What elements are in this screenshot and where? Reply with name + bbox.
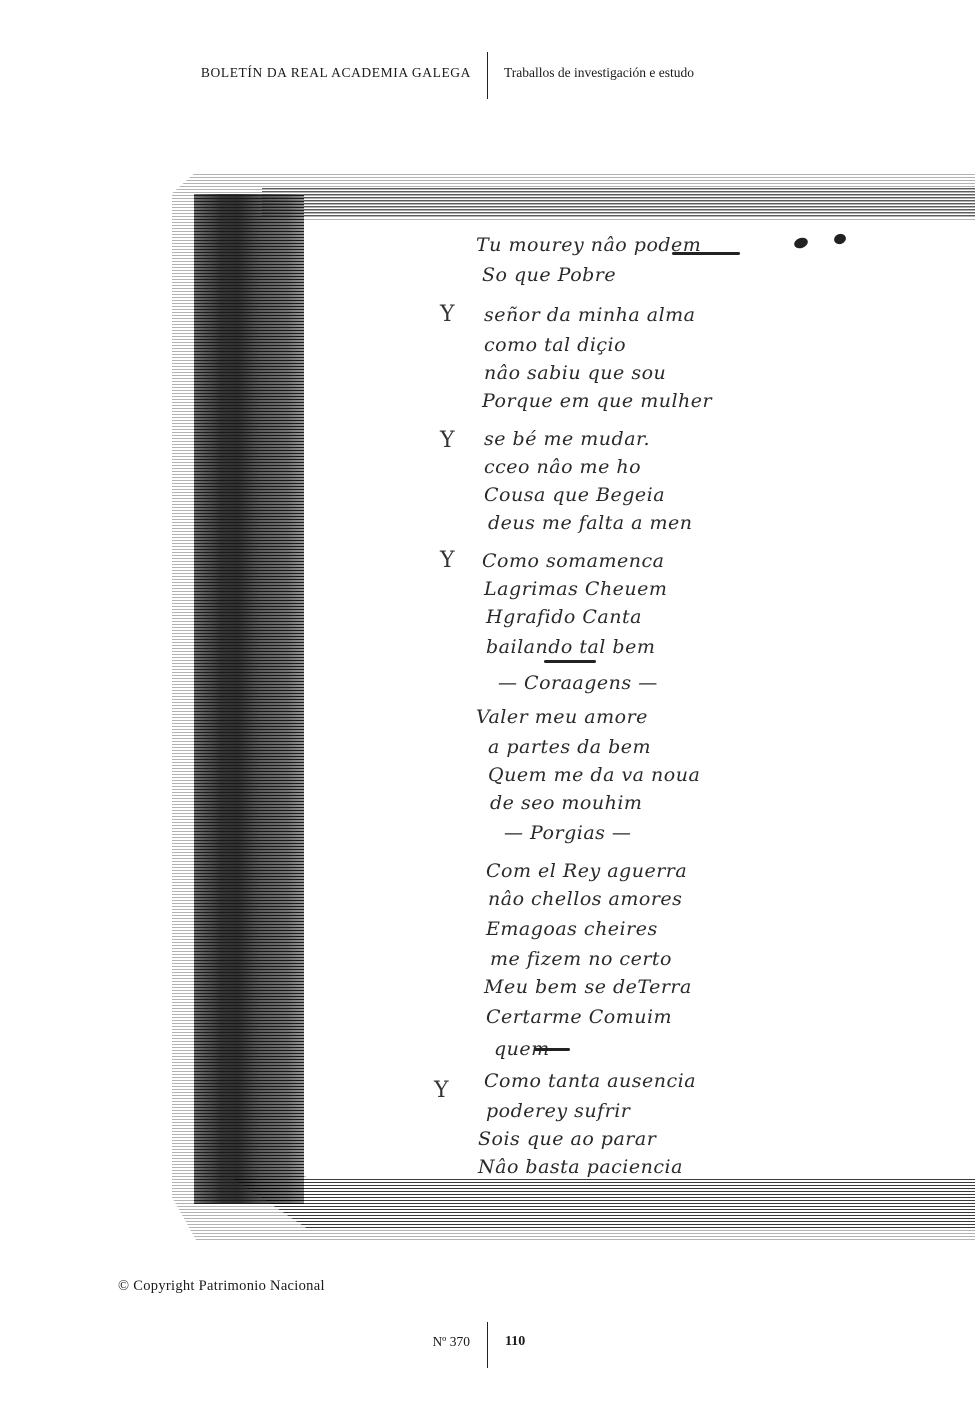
manuscript-line: de seo mouhim [490, 792, 642, 814]
issue-number: Nº 370 [432, 1334, 470, 1350]
ink-blot [833, 232, 848, 246]
footer-divider [487, 1322, 488, 1368]
manuscript-line: Com el Rey aguerra [486, 860, 687, 882]
manuscript-line: deus me falta a men [488, 512, 693, 534]
manuscript-line: a partes da bem [488, 736, 651, 758]
manuscript-line: bailando tal bem [486, 636, 655, 658]
manuscript-line: señor da minha alma [484, 304, 696, 326]
manuscript-line: Nâo basta paciencia [478, 1156, 683, 1178]
manuscript-facsimile: Tu mourey nâo podem So que Pobre Y señor… [172, 172, 975, 1240]
manuscript-line: Como tanta ausencia [484, 1070, 696, 1092]
manuscript-line: como tal diçio [484, 334, 626, 356]
manuscript-line: se bé me mudar. [484, 428, 650, 450]
manuscript-line: Certarme Comuim [486, 1006, 672, 1028]
manuscript-line: nâo chellos amores [488, 888, 682, 910]
manuscript-line: So que Pobre [482, 264, 616, 286]
manuscript-line: Cousa que Begeia [484, 484, 665, 506]
verse-mark: Y [434, 1078, 449, 1103]
flourish [544, 660, 596, 663]
flourish [534, 1048, 570, 1051]
manuscript-line: Hgrafido Canta [486, 606, 642, 628]
page-number: 110 [505, 1334, 525, 1350]
ink-blot [793, 236, 810, 250]
verse-mark: Y [440, 548, 455, 573]
manuscript-line: Valer meu amore [476, 706, 648, 728]
section-title: Traballos de investigación e estudo [504, 65, 694, 81]
manuscript-line: Sois que ao parar [478, 1128, 656, 1150]
manuscript-line: cceo nâo me ho [484, 456, 641, 478]
manuscript-line: — Porgias — [504, 822, 631, 844]
verse-mark: Y [440, 428, 455, 453]
manuscript-line: nâo sabiu que sou [484, 362, 666, 384]
manuscript-line: Tu mourey nâo podem [476, 234, 701, 256]
manuscript-line: me fizem no certo [490, 948, 672, 970]
page-footer: Nº 370 110 [0, 1322, 975, 1370]
verse-mark: Y [440, 302, 455, 327]
manuscript-line: Lagrimas Cheuem [484, 578, 667, 600]
manuscript-line: Meu bem se deTerra [484, 976, 692, 998]
header-divider [487, 52, 488, 99]
manuscript-line: Emagoas cheires [486, 918, 658, 940]
manuscript-line: — Coraagens — [498, 672, 658, 694]
manuscript-line: Quem me da va noua [488, 764, 700, 786]
running-header: BOLETÍN DA REAL ACADEMIA GALEGA Traballo… [0, 52, 975, 100]
flourish [672, 252, 740, 255]
image-credit: © Copyright Patrimonio Nacional [118, 1278, 325, 1295]
manuscript-line: poderey sufrir [486, 1100, 630, 1122]
manuscript-line: Como somamenca [482, 550, 664, 572]
journal-title: BOLETÍN DA REAL ACADEMIA GALEGA [201, 65, 471, 81]
manuscript-line: Porque em que mulher [482, 390, 712, 412]
manuscript-text: Tu mourey nâo podem So que Pobre Y señor… [172, 172, 975, 1240]
